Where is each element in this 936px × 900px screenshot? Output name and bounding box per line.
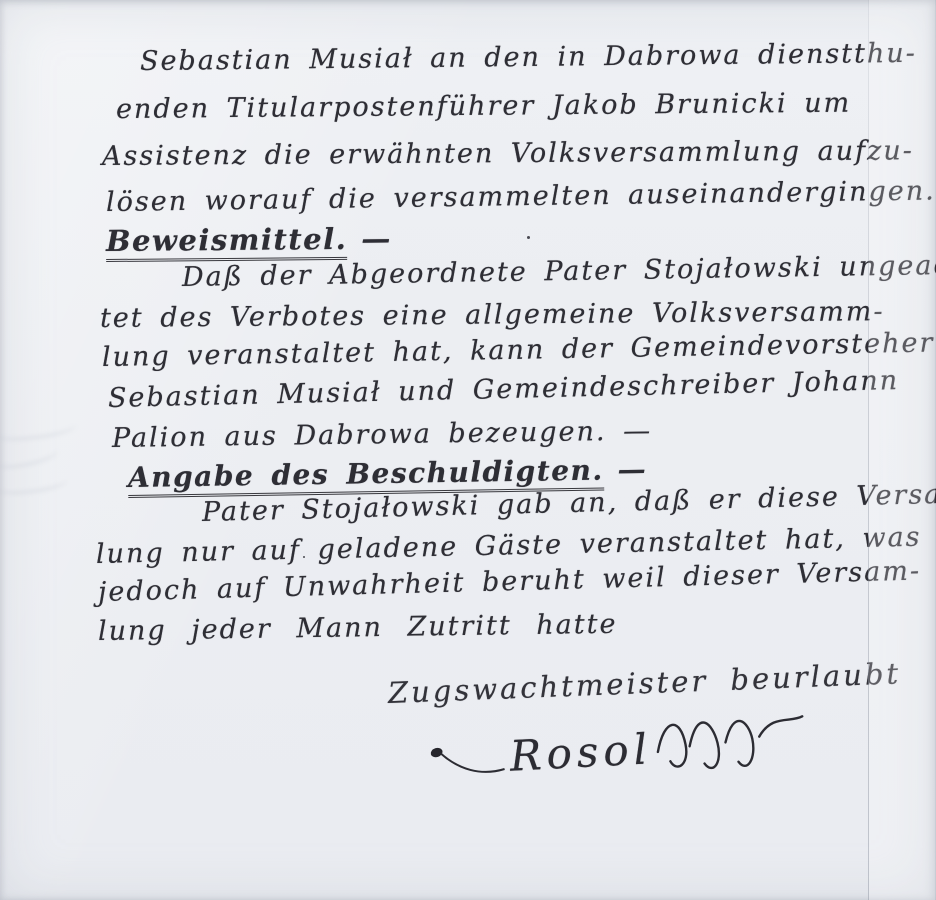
heading-text: Beweismittel. (106, 222, 348, 262)
heading-dash: — (361, 222, 392, 256)
paper-speck (757, 536, 759, 538)
handwritten-line: Palion aus Dabrowa bezeugen. — (112, 415, 653, 454)
section-heading-beweismittel: Beweismittel.— (106, 222, 392, 258)
handwritten-line: lösen worauf die versammelten auseinande… (106, 175, 936, 218)
paper-speck (527, 236, 530, 239)
handwritten-line: Assistenz die erwähnten Volksversammlung… (102, 135, 914, 172)
signature-flourish (654, 704, 808, 784)
heading-dash: — (617, 453, 647, 486)
document-page: Sebastian Musiał an den in Dabrowa diens… (0, 0, 936, 900)
ink-bleedthrough-marks (0, 412, 104, 522)
handwritten-line: enden Titularpostenführer Jakob Brunicki… (116, 88, 851, 125)
signature-lead-stroke (427, 729, 508, 787)
handwritten-line: Sebastian Musiał und Gemeindeschreiber J… (108, 365, 900, 414)
handwritten-line: lung jeder Mann Zutritt hatte (98, 609, 618, 647)
handwritten-line: Sebastian Musiał an den in Dabrowa diens… (140, 38, 917, 77)
paper-speck (303, 556, 305, 558)
signature: Rosol (426, 704, 807, 796)
handwritten-line: tet des Verbotes eine allgemeine Volksve… (100, 296, 885, 334)
closing-rank-line: Zugswachtmeister beurlaubt (387, 656, 901, 710)
paper-crease-highlight (869, 0, 935, 900)
signature-name: Rosol (509, 724, 654, 780)
